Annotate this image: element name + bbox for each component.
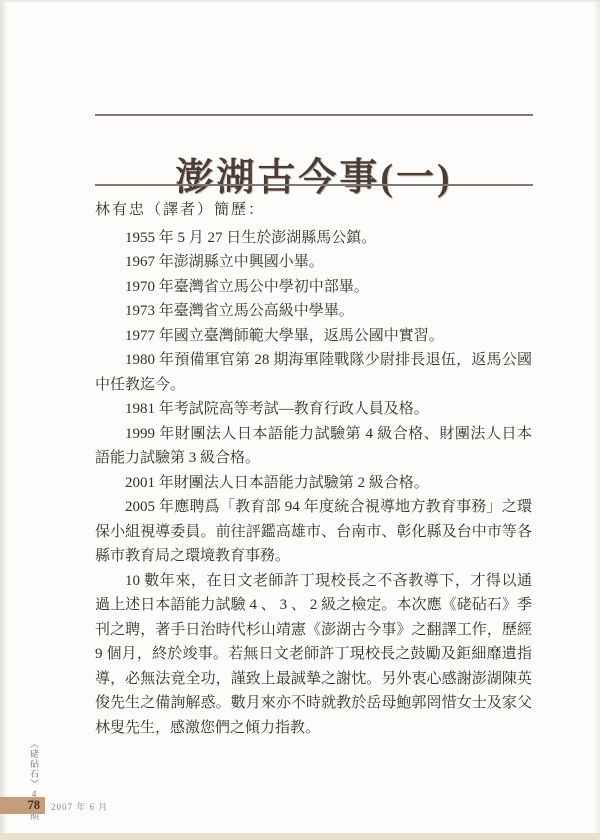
bio-entry: 1980 年預備軍官第 28 期海軍陸戰隊少尉排長退伍，返馬公國中任教迄今。	[95, 348, 532, 397]
page-number-badge: 78	[0, 797, 45, 814]
page-title: 澎湖古今事(一)	[95, 146, 533, 201]
bio-entry: 1999 年財團法人日本語能力試驗第 4 級合格、財團法人日本語能力試驗第 3 …	[95, 422, 532, 471]
bio-entry: 1967 年澎湖縣立中興國小畢。	[95, 250, 532, 275]
bio-entry: 2005 年應聘爲「教育部 94 年度統合視導地方教育事務」之環保小組視導委員。…	[95, 495, 532, 569]
translator-bio: 林有忠（譯者）簡歷： 1955 年 5 月 27 日生於澎湖縣馬公鎮。 1967…	[95, 198, 532, 740]
bio-entry: 10 數年來，在日文老師許丁現校長之不吝教導下，才得以通過上述日本語能力試驗 4…	[95, 569, 532, 741]
bio-entry: 1977 年國立臺灣師範大學畢，返馬公國中實習。	[95, 324, 532, 349]
bio-entry: 1973 年臺灣省立馬公高級中學畢。	[95, 299, 532, 324]
bio-entry: 1970 年臺灣省立馬公中學初中部畢。	[95, 275, 532, 300]
bio-entry: 2001 年財團法人日本語能力試驗第 2 級合格。	[95, 471, 532, 496]
title-rule-top	[95, 114, 533, 116]
bio-heading: 林有忠（譯者）簡歷：	[95, 198, 532, 223]
title-rule-bottom	[95, 184, 533, 186]
page-edge-top	[0, 0, 600, 3]
bio-entry: 1981 年考試院高等考試—教育行政人員及格。	[95, 397, 532, 422]
page-edge-bottom	[0, 833, 600, 840]
scanned-page: 澎湖古今事(一) 林有忠（譯者）簡歷： 1955 年 5 月 27 日生於澎湖縣…	[0, 0, 600, 840]
page-edge-left	[0, 0, 8, 840]
page-number: 78	[0, 797, 45, 814]
issue-date: 2007 年 6 月	[51, 800, 108, 813]
page-edge-right	[593, 0, 600, 840]
bio-entry: 1955 年 5 月 27 日生於澎湖縣馬公鎮。	[95, 226, 532, 251]
